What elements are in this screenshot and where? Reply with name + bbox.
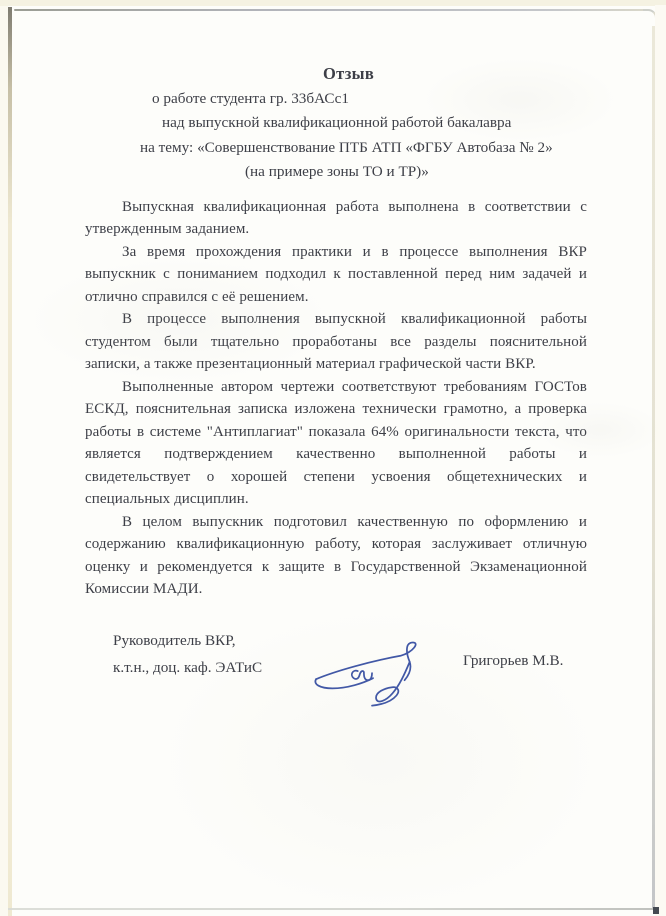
scan-edge-top-line — [14, 9, 646, 11]
paragraph: Выпускная квалификационная работа выполн… — [85, 196, 587, 241]
paragraph: За время прохождения практики и в процес… — [85, 241, 587, 309]
paragraph: В целом выпускник подготовил качественну… — [85, 511, 587, 601]
scan-edge-bottom-right-mark — [653, 907, 659, 914]
paragraph: Выполненные автором чертежи соответствую… — [85, 376, 587, 511]
signer-name: Григорьев М.В. — [463, 652, 563, 670]
scan-edge-left-line — [8, 7, 12, 916]
signature-role: Руководитель ВКР, к.т.н., доц. каф. ЭАТи… — [113, 627, 262, 681]
header-line-topic-continuation: (на примере зоны ТО и ТР)» — [85, 160, 587, 185]
header-line-work-type: над выпускной квалификационной работой б… — [85, 111, 587, 136]
scan-edge-right-line — [652, 26, 655, 908]
scanned-document-page: Отзыв о работе студента гр. 33бАСс1 над … — [0, 0, 666, 916]
document-title: Отзыв — [85, 62, 587, 87]
document-content: Отзыв о работе студента гр. 33бАСс1 над … — [85, 62, 587, 737]
review-body: Выпускная квалификационная работа выполн… — [85, 196, 587, 601]
signature-role-line1: Руководитель ВКР, — [113, 627, 262, 654]
scan-edge-bottom-line — [8, 908, 658, 910]
header-line-topic: на тему: «Совершенствование ПТБ АТП «ФГБ… — [85, 136, 587, 161]
paragraph: В процессе выполнения выпускной квалифик… — [85, 308, 587, 376]
signature-role-line2: к.т.н., доц. каф. ЭАТиС — [113, 654, 262, 681]
scan-edge-right-margin — [655, 5, 666, 916]
handwritten-signature-icon — [313, 629, 427, 707]
header-line-student-group: о работе студента гр. 33бАСс1 — [85, 87, 587, 112]
signature-block: Руководитель ВКР, к.т.н., доц. каф. ЭАТи… — [85, 627, 587, 737]
scan-edge-left-margin — [0, 0, 8, 916]
scan-edge-top-margin — [0, 0, 666, 6]
